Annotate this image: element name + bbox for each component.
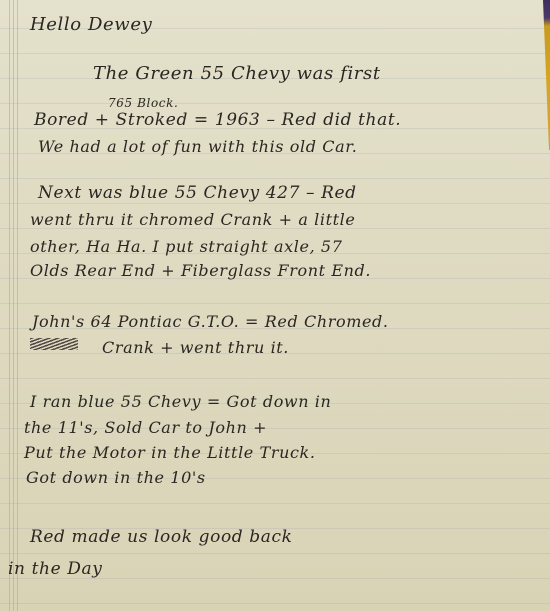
note-line: John's 64 Pontiac G.T.O. = Red Chromed. (32, 312, 389, 331)
note-line: Olds Rear End + Fiberglass Front End. (30, 261, 371, 280)
note-line: I ran blue 55 Chevy = Got down in (30, 392, 331, 411)
greeting: Hello Dewey (30, 14, 152, 35)
note-line: Put the Motor in the Little Truck. (24, 443, 316, 462)
margin-line (13, 0, 14, 611)
margin-line (17, 0, 18, 611)
note-line: Bored + Stroked = 1963 – Red did that. (34, 110, 401, 130)
note-line: other, Ha Ha. I put straight axle, 57 (30, 237, 343, 256)
struck-out-word (30, 338, 78, 350)
note-line: The Green 55 Chevy was first (93, 63, 381, 84)
note-line: Red made us look good back (30, 527, 293, 547)
handwritten-note-page: Hello Dewey The Green 55 Chevy was first… (0, 0, 550, 611)
note-line: Got down in the 10's (26, 468, 206, 487)
note-line: Next was blue 55 Chevy 427 – Red (38, 183, 357, 203)
annotation: 765 Block. (108, 96, 178, 110)
note-line: We had a lot of fun with this old Car. (38, 137, 357, 156)
note-line: the 11's, Sold Car to John + (24, 418, 267, 437)
margin-line (9, 0, 10, 611)
note-line: Crank + went thru it. (102, 338, 289, 357)
note-line: went thru it chromed Crank + a little (30, 210, 355, 229)
ruled-lines (0, 0, 550, 611)
note-line: in the Day (8, 559, 102, 579)
